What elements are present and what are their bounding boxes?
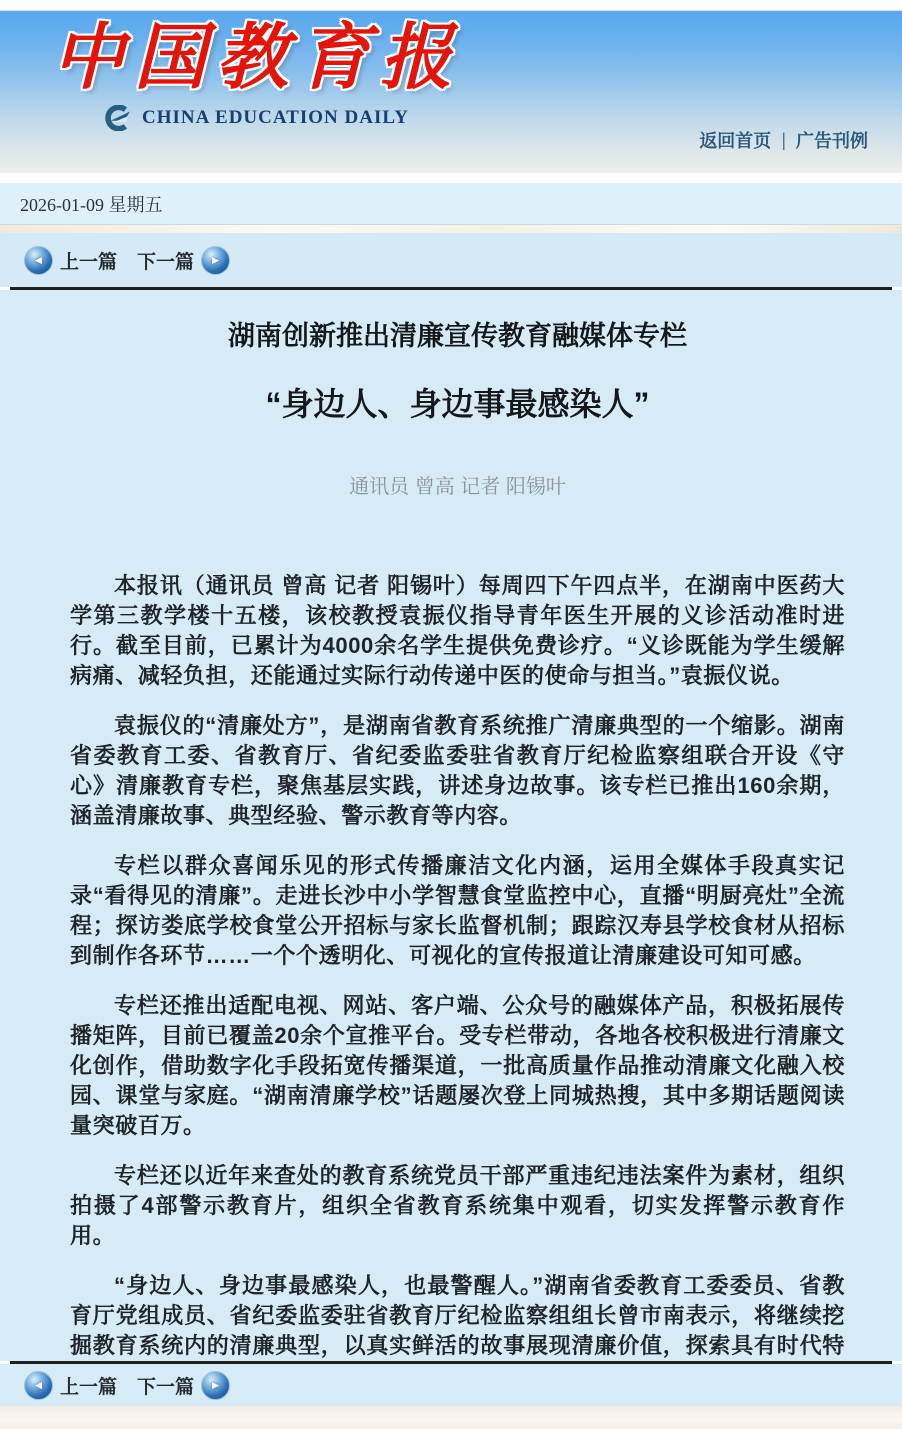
links-separator: | xyxy=(781,130,786,151)
page: 中国教育报 CHINA EDUCATION DAILY 返回首页 | 广告刊例 … xyxy=(0,0,902,1429)
globe-arrow-left-icon[interactable]: ◄ xyxy=(24,1371,53,1400)
site-header: 中国教育报 CHINA EDUCATION DAILY 返回首页 | 广告刊例 xyxy=(0,10,902,173)
ad-rates-link[interactable]: 广告刊例 xyxy=(796,127,868,153)
header-separator xyxy=(0,173,902,183)
article-title: “身边人、身边事最感染人” xyxy=(70,382,845,426)
texture-strip xyxy=(0,225,902,233)
article-nav-bottom: ◄ 上一篇 下一篇 ► xyxy=(0,1364,902,1406)
article-paragraph: “身边人、身边事最感染人，也最警醒人。”湖南省委教育工委委员、省教育厅党组成员、… xyxy=(70,1271,845,1361)
back-home-link[interactable]: 返回首页 xyxy=(699,127,771,153)
article-nav-top: ◄ 上一篇 下一篇 ► xyxy=(0,233,902,287)
footer-texture-strip xyxy=(0,1406,902,1429)
article-paragraph: 专栏还推出适配电视、网站、客户端、公众号的融媒体产品，积极拓展传播矩阵，目前已覆… xyxy=(70,991,845,1141)
article-paragraph: 专栏以群众喜闻乐见的形式传播廉洁文化内涵，运用全媒体手段真实记录“看得见的清廉”… xyxy=(70,851,845,971)
logo-chinese-calligraphy: 中国教育报 xyxy=(52,19,462,95)
date-bar: 2026-01-09 星期五 xyxy=(0,183,902,225)
article: 湖南创新推出清廉宣传教育融媒体专栏 “身边人、身边事最感染人” 通讯员 曾高 记… xyxy=(0,290,902,1361)
next-article-link[interactable]: 下一篇 xyxy=(137,1372,194,1399)
site-logo[interactable]: 中国教育报 CHINA EDUCATION DAILY xyxy=(52,19,462,131)
globe-arrow-right-icon[interactable]: ► xyxy=(201,1371,230,1400)
article-paragraph: 袁振仪的“清廉处方”，是湖南省教育系统推广清廉典型的一个缩影。湖南省委教育工委、… xyxy=(70,711,845,831)
prev-article-link[interactable]: 上一篇 xyxy=(60,1372,117,1399)
top-margin-strip xyxy=(0,0,902,10)
article-paragraph: 专栏还以近年来查处的教育系统党员干部严重违纪违法案件为素材，组织拍摄了4部警示教… xyxy=(70,1161,845,1251)
swoosh-book-icon xyxy=(100,105,134,131)
article-byline: 通讯员 曾高 记者 阳锡叶 xyxy=(70,474,845,501)
header-links: 返回首页 | 广告刊例 xyxy=(699,127,868,153)
date-text: 2026-01-09 星期五 xyxy=(20,191,163,217)
globe-arrow-left-icon[interactable]: ◄ xyxy=(24,246,53,275)
prev-article-link[interactable]: 上一篇 xyxy=(60,247,117,274)
article-paragraph: 本报讯（通讯员 曾高 记者 阳锡叶）每周四下午四点半，在湖南中医药大学第三教学楼… xyxy=(70,571,845,691)
globe-arrow-right-icon[interactable]: ► xyxy=(201,246,230,275)
logo-english: CHINA EDUCATION DAILY xyxy=(142,107,409,129)
article-body: 本报讯（通讯员 曾高 记者 阳锡叶）每周四下午四点半，在湖南中医药大学第三教学楼… xyxy=(70,571,845,1361)
article-kicker: 湖南创新推出清廉宣传教育融媒体专栏 xyxy=(70,318,845,354)
next-article-link[interactable]: 下一篇 xyxy=(137,247,194,274)
